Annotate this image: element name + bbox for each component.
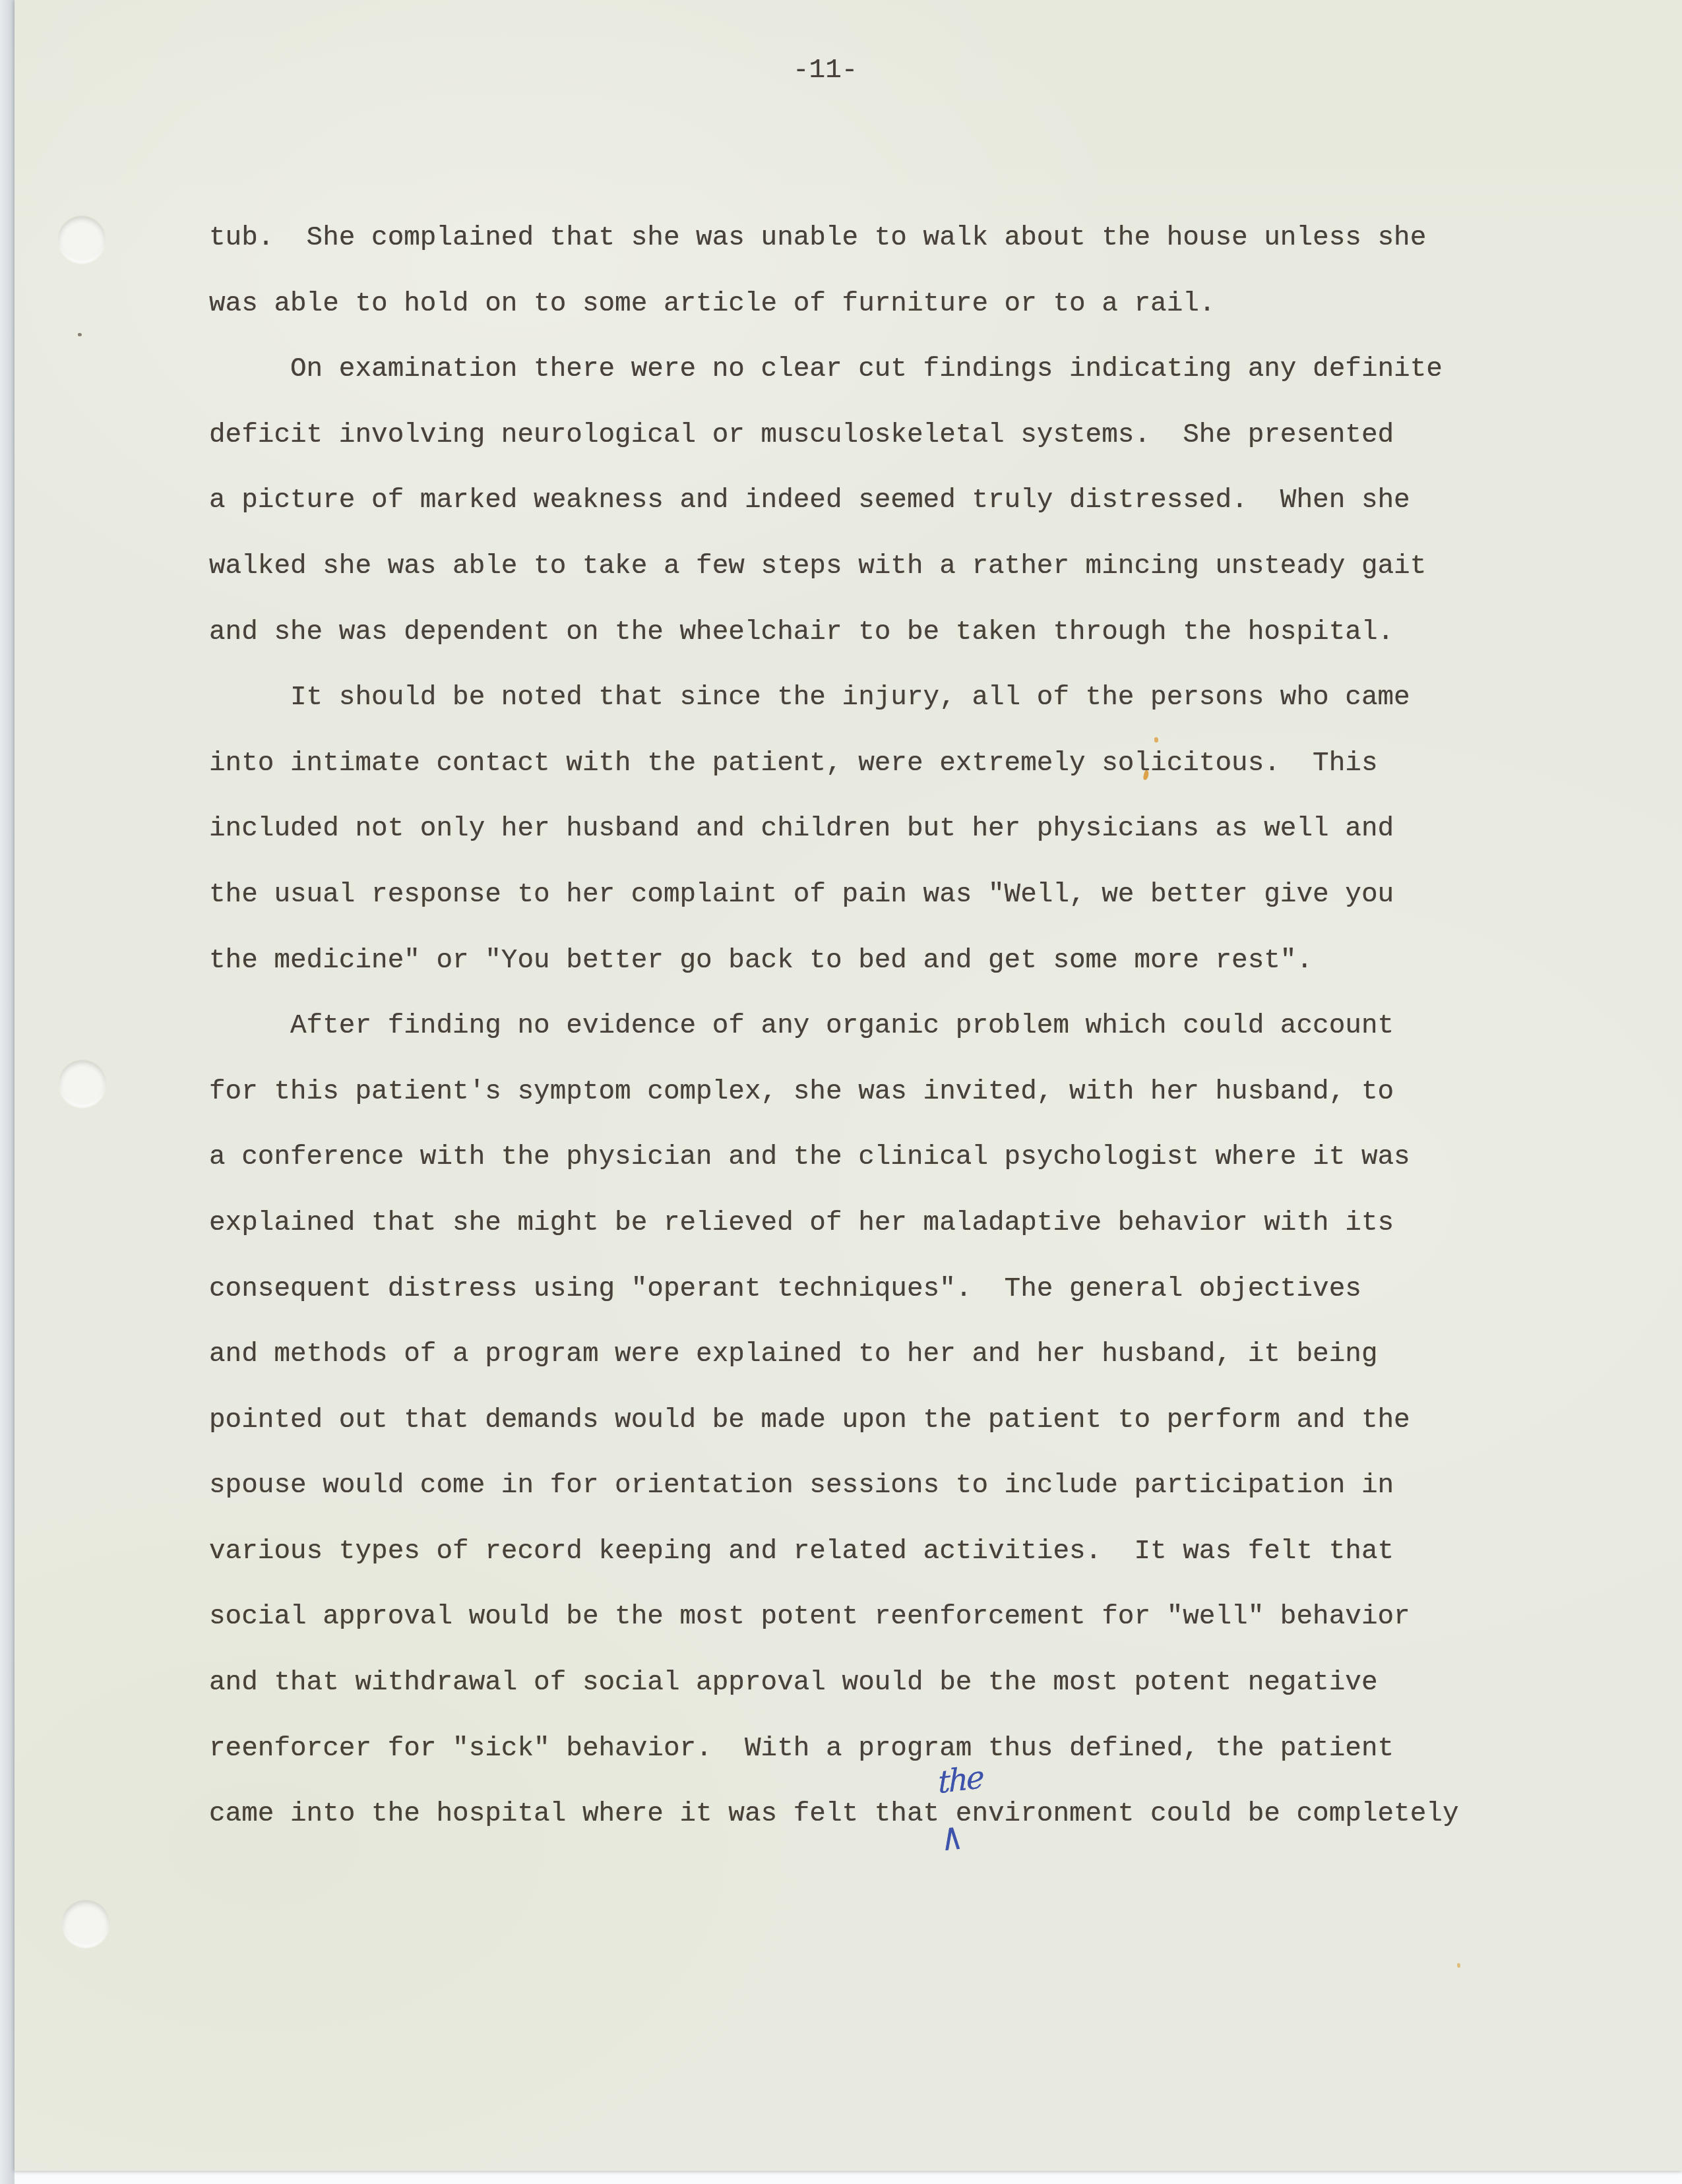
page-number: -11- xyxy=(793,55,857,86)
text-line: reenforcer for "sick" behavior. With a p… xyxy=(209,1716,1561,1782)
stray-mark xyxy=(1457,1963,1460,1968)
text-line: deficit involving neurological or muscul… xyxy=(209,403,1561,469)
text-line: and methods of a program were explained … xyxy=(209,1322,1561,1388)
insertion-caret-mark: ∧ xyxy=(939,1813,964,1860)
punch-hole-top xyxy=(59,216,105,262)
text-line: into intimate contact with the patient, … xyxy=(209,731,1561,797)
text-line: for this patient's symptom complex, she … xyxy=(209,1060,1561,1126)
text-line: social approval would be the most potent… xyxy=(209,1585,1561,1651)
text-line: explained that she might be relieved of … xyxy=(209,1191,1561,1257)
stray-mark xyxy=(1154,737,1158,743)
text-line: spouse would come in for orientation ses… xyxy=(209,1453,1561,1519)
text-line: It should be noted that since the injury… xyxy=(209,665,1561,731)
punch-hole-bottom xyxy=(63,1900,109,1947)
text-line: the usual response to her complaint of p… xyxy=(209,863,1561,928)
scanned-document: -11- tub. She complained that she was un… xyxy=(0,0,1682,2184)
text-line: included not only her husband and childr… xyxy=(209,797,1561,863)
text-line: After finding no evidence of any organic… xyxy=(209,994,1561,1060)
text-line: a picture of marked weakness and indeed … xyxy=(209,468,1561,534)
stray-mark xyxy=(78,333,82,336)
text-line: and that withdrawal of social approval w… xyxy=(209,1651,1561,1716)
text-line: tub. She complained that she was unable … xyxy=(209,206,1561,272)
text-line: pointed out that demands would be made u… xyxy=(209,1388,1561,1454)
text-line: consequent distress using "operant techn… xyxy=(209,1257,1561,1323)
paper-sheet: -11- tub. She complained that she was un… xyxy=(15,0,1682,2171)
typewritten-text: tub. She complained that she was unable … xyxy=(209,206,1561,1848)
text-line: the medicine" or "You better go back to … xyxy=(209,928,1561,994)
text-line: walked she was able to take a few steps … xyxy=(209,534,1561,600)
text-line: and she was dependent on the wheelchair … xyxy=(209,600,1561,666)
scanner-background-left xyxy=(0,0,15,2184)
text-line: a conference with the physician and the … xyxy=(209,1125,1561,1191)
text-line: various types of record keeping and rela… xyxy=(209,1519,1561,1585)
handwritten-insertion-word: the xyxy=(938,1759,983,1802)
text-line: On examination there were no clear cut f… xyxy=(209,337,1561,403)
text-line: was able to hold on to some article of f… xyxy=(209,272,1561,338)
text-line: came into the hospital where it was felt… xyxy=(209,1782,1561,1848)
punch-hole-middle xyxy=(59,1060,106,1107)
